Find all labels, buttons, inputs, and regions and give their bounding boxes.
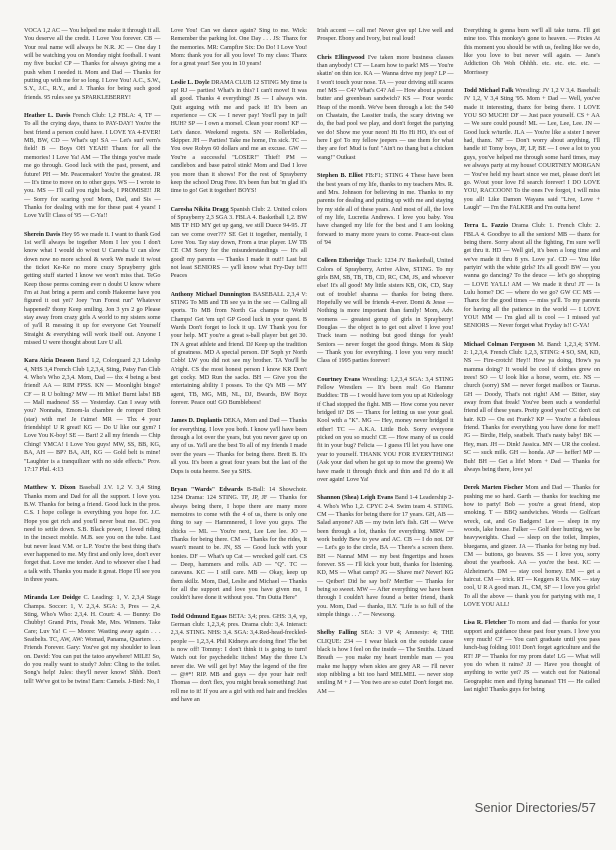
senior-name: James D. Duplantis — [171, 418, 222, 424]
senior-name: Sherein Davis — [24, 232, 60, 238]
senior-message: Irish accent — call me! Never give up! L… — [317, 28, 454, 42]
senior-entry: Everything is gonna burn we'll all take … — [464, 27, 601, 77]
senior-entry: Irish accent — call me! Never give up! L… — [317, 27, 454, 44]
senior-name: Derek Marten Fischer — [464, 485, 524, 491]
senior-message: Track: 1234 JV Basketball, United Colors… — [317, 258, 454, 364]
senior-name: Courtney Evans — [317, 377, 360, 383]
senior-entry: Love You! Can we dance again? Sing to me… — [171, 27, 308, 69]
senior-message: Band 1-4 Leadership 2-4. Who's Who 1,2. … — [317, 495, 454, 618]
yearbook-page: VOCA 1,2 AC — You helped me make it thro… — [0, 0, 616, 850]
senior-name: Bryan "Wards" Edwards — [171, 487, 243, 493]
senior-entry: Leslie L. Doyle DRAMA CLUB 12 STING My t… — [171, 79, 308, 196]
senior-message: DEKA, Mom and Dad — Thanks for everythin… — [171, 418, 308, 474]
senior-entry: Todd Michael Falk Wrestling: JV 1,2 V 3,… — [464, 87, 601, 212]
senior-message: BASEBALL 2,3,4 V: STING To MB and TB see… — [171, 292, 308, 406]
senior-message: Love You! Can we dance again? Sing to me… — [171, 28, 308, 67]
senior-message: Baseball J.V. 1,2 V. 3,4 Sting Thanks mo… — [24, 485, 161, 583]
senior-name: Kara Aicia Deason — [24, 358, 74, 364]
senior-name: Lisa R. Fletcher — [464, 620, 507, 626]
senior-name: Chris Ellingwood — [317, 55, 365, 61]
senior-name: Terra L. Fazzio — [464, 223, 509, 229]
column-1: VOCA 1,2 AC — You helped me make it thro… — [24, 27, 161, 787]
column-4: Everything is gonna burn we'll all take … — [464, 27, 601, 787]
senior-name: Todd Michael Falk — [464, 88, 514, 94]
senior-message: Mom and Dad — Thanks for pushing me so h… — [464, 485, 601, 608]
senior-entry: Derek Marten Fischer Mom and Dad — Thank… — [464, 484, 601, 609]
senior-entry: Shannon (Shea) Leigh Evans Band 1-4 Lead… — [317, 494, 454, 619]
senior-entry: VOCA 1,2 AC — You helped me make it thro… — [24, 27, 161, 102]
senior-entry: Shelby Falling SEA: 3 VP 4; Amnesty: 4; … — [317, 629, 454, 696]
senior-message: I've taken more business classes than an… — [317, 55, 454, 161]
senior-message: To mom and dad — thanks for your support… — [464, 620, 601, 693]
senior-entry: Caresha Nikita Dragg Spanish Club: 2. Un… — [171, 206, 308, 281]
senior-entry: James D. Duplantis DEKA, Mom and Dad — T… — [171, 417, 308, 475]
senior-entry: Bryan "Wards" Edwards B-Ball: 14 Showcho… — [171, 486, 308, 603]
senior-message: M. Band: 1,2,3,4; SYM. 2: 1,2,3,4. Frenc… — [464, 342, 601, 473]
senior-message: French Club: 1,2 FBLA: 4, TF — To all th… — [24, 113, 161, 219]
senior-message: Band 1,2, Colorguard 2,3 Ldeshp 4, NHS 3… — [24, 358, 161, 472]
senior-name: Matthew Y. Dixon — [24, 485, 76, 491]
senior-name: Todd Odmund Egaas — [171, 614, 227, 620]
senior-message: Drama Club: 1. French Club: 2. FBLA 4. G… — [464, 223, 601, 329]
senior-entry: Kara Aicia Deason Band 1,2, Colorguard 2… — [24, 357, 161, 474]
senior-entry: Colleen Etheridge Track: 1234 JV Basketb… — [317, 257, 454, 365]
senior-entry: Sherein Davis Hey 95 we made it. I want … — [24, 231, 161, 348]
senior-entry: Stephen B. Elliot FB:F1; STING 4 These h… — [317, 172, 454, 247]
senior-name: Caresha Nikita Dragg — [171, 207, 229, 213]
senior-message: DRAMA CLUB 12 STING My time is up! RJ — … — [171, 80, 308, 194]
senior-entry: Heather L. Davis French Club: 1,2 FBLA: … — [24, 112, 161, 220]
senior-name: Heather L. Davis — [24, 113, 70, 119]
senior-entry: Miranda Lee Doidge C. Leading: 1, V. 2,3… — [24, 594, 161, 686]
senior-entry: Terra L. Fazzio Drama Club: 1. French Cl… — [464, 222, 601, 330]
senior-entry: Lisa R. Fletcher To mom and dad — thanks… — [464, 619, 601, 694]
senior-name: Stephen B. Elliot — [317, 173, 363, 179]
senior-message: VOCA 1,2 AC — You helped me make it thro… — [24, 28, 161, 101]
senior-message: Hey 95 we made it. I want to thank God 1… — [24, 232, 161, 346]
senior-message: FB:F1; STING 4 These have been the best … — [317, 173, 454, 246]
senior-entry: Courtney Evans Wrestling: 1,2,3,4 SGA: 3… — [317, 376, 454, 484]
senior-name: Leslie L. Doyle — [171, 80, 210, 86]
senior-name: Shannon (Shea) Leigh Evans — [317, 495, 393, 501]
senior-message: B-Ball: 14 Showchoir. 1234 Drama: 124 ST… — [171, 487, 308, 601]
senior-name: Michael Colman Ferguson — [464, 342, 535, 348]
senior-message: Spanish Club: 2. United colors of Sprayb… — [171, 207, 308, 280]
senior-message: BETA: 3,4; pres. GHS: 3,4, vp, German cl… — [171, 614, 308, 703]
senior-entry: Anthony Michael Dunnington BASEBALL 2,3,… — [171, 291, 308, 408]
senior-directory-columns: VOCA 1,2 AC — You helped me make it thro… — [24, 27, 600, 787]
column-2: Love You! Can we dance again? Sing to me… — [171, 27, 308, 787]
senior-message: SEA: 3 VP 4; Amnesty: 4; THE CLIQUE: 234… — [317, 630, 454, 694]
senior-message: C. Leading: 1, V. 2,3,4 Stage Champs. So… — [24, 595, 161, 684]
column-3: Irish accent — call me! Never give up! L… — [317, 27, 454, 787]
senior-name: Miranda Lee Doidge — [24, 595, 81, 601]
senior-name: Shelby Falling — [317, 630, 357, 636]
senior-name: Colleen Etheridge — [317, 258, 365, 264]
senior-message: Everything is gonna burn we'll all take … — [464, 28, 601, 76]
senior-entry: Chris Ellingwood I've taken more busines… — [317, 54, 454, 162]
page-footer: Senior Directories/57 — [475, 800, 596, 815]
senior-entry: Matthew Y. Dixon Baseball J.V. 1,2 V. 3,… — [24, 484, 161, 584]
senior-message: Wrestling: 1,2,3,4 SGA: 3,4 STING Fellow… — [317, 377, 454, 483]
senior-message: Wrestling: JV 1,2 V 3,4. Baseball: JV 1,… — [464, 88, 601, 211]
senior-name: Anthony Michael Dunnington — [171, 292, 251, 298]
senior-entry: Michael Colman Ferguson M. Band: 1,2,3,4… — [464, 341, 601, 475]
senior-entry: Todd Odmund Egaas BETA: 3,4; pres. GHS: … — [171, 613, 308, 705]
